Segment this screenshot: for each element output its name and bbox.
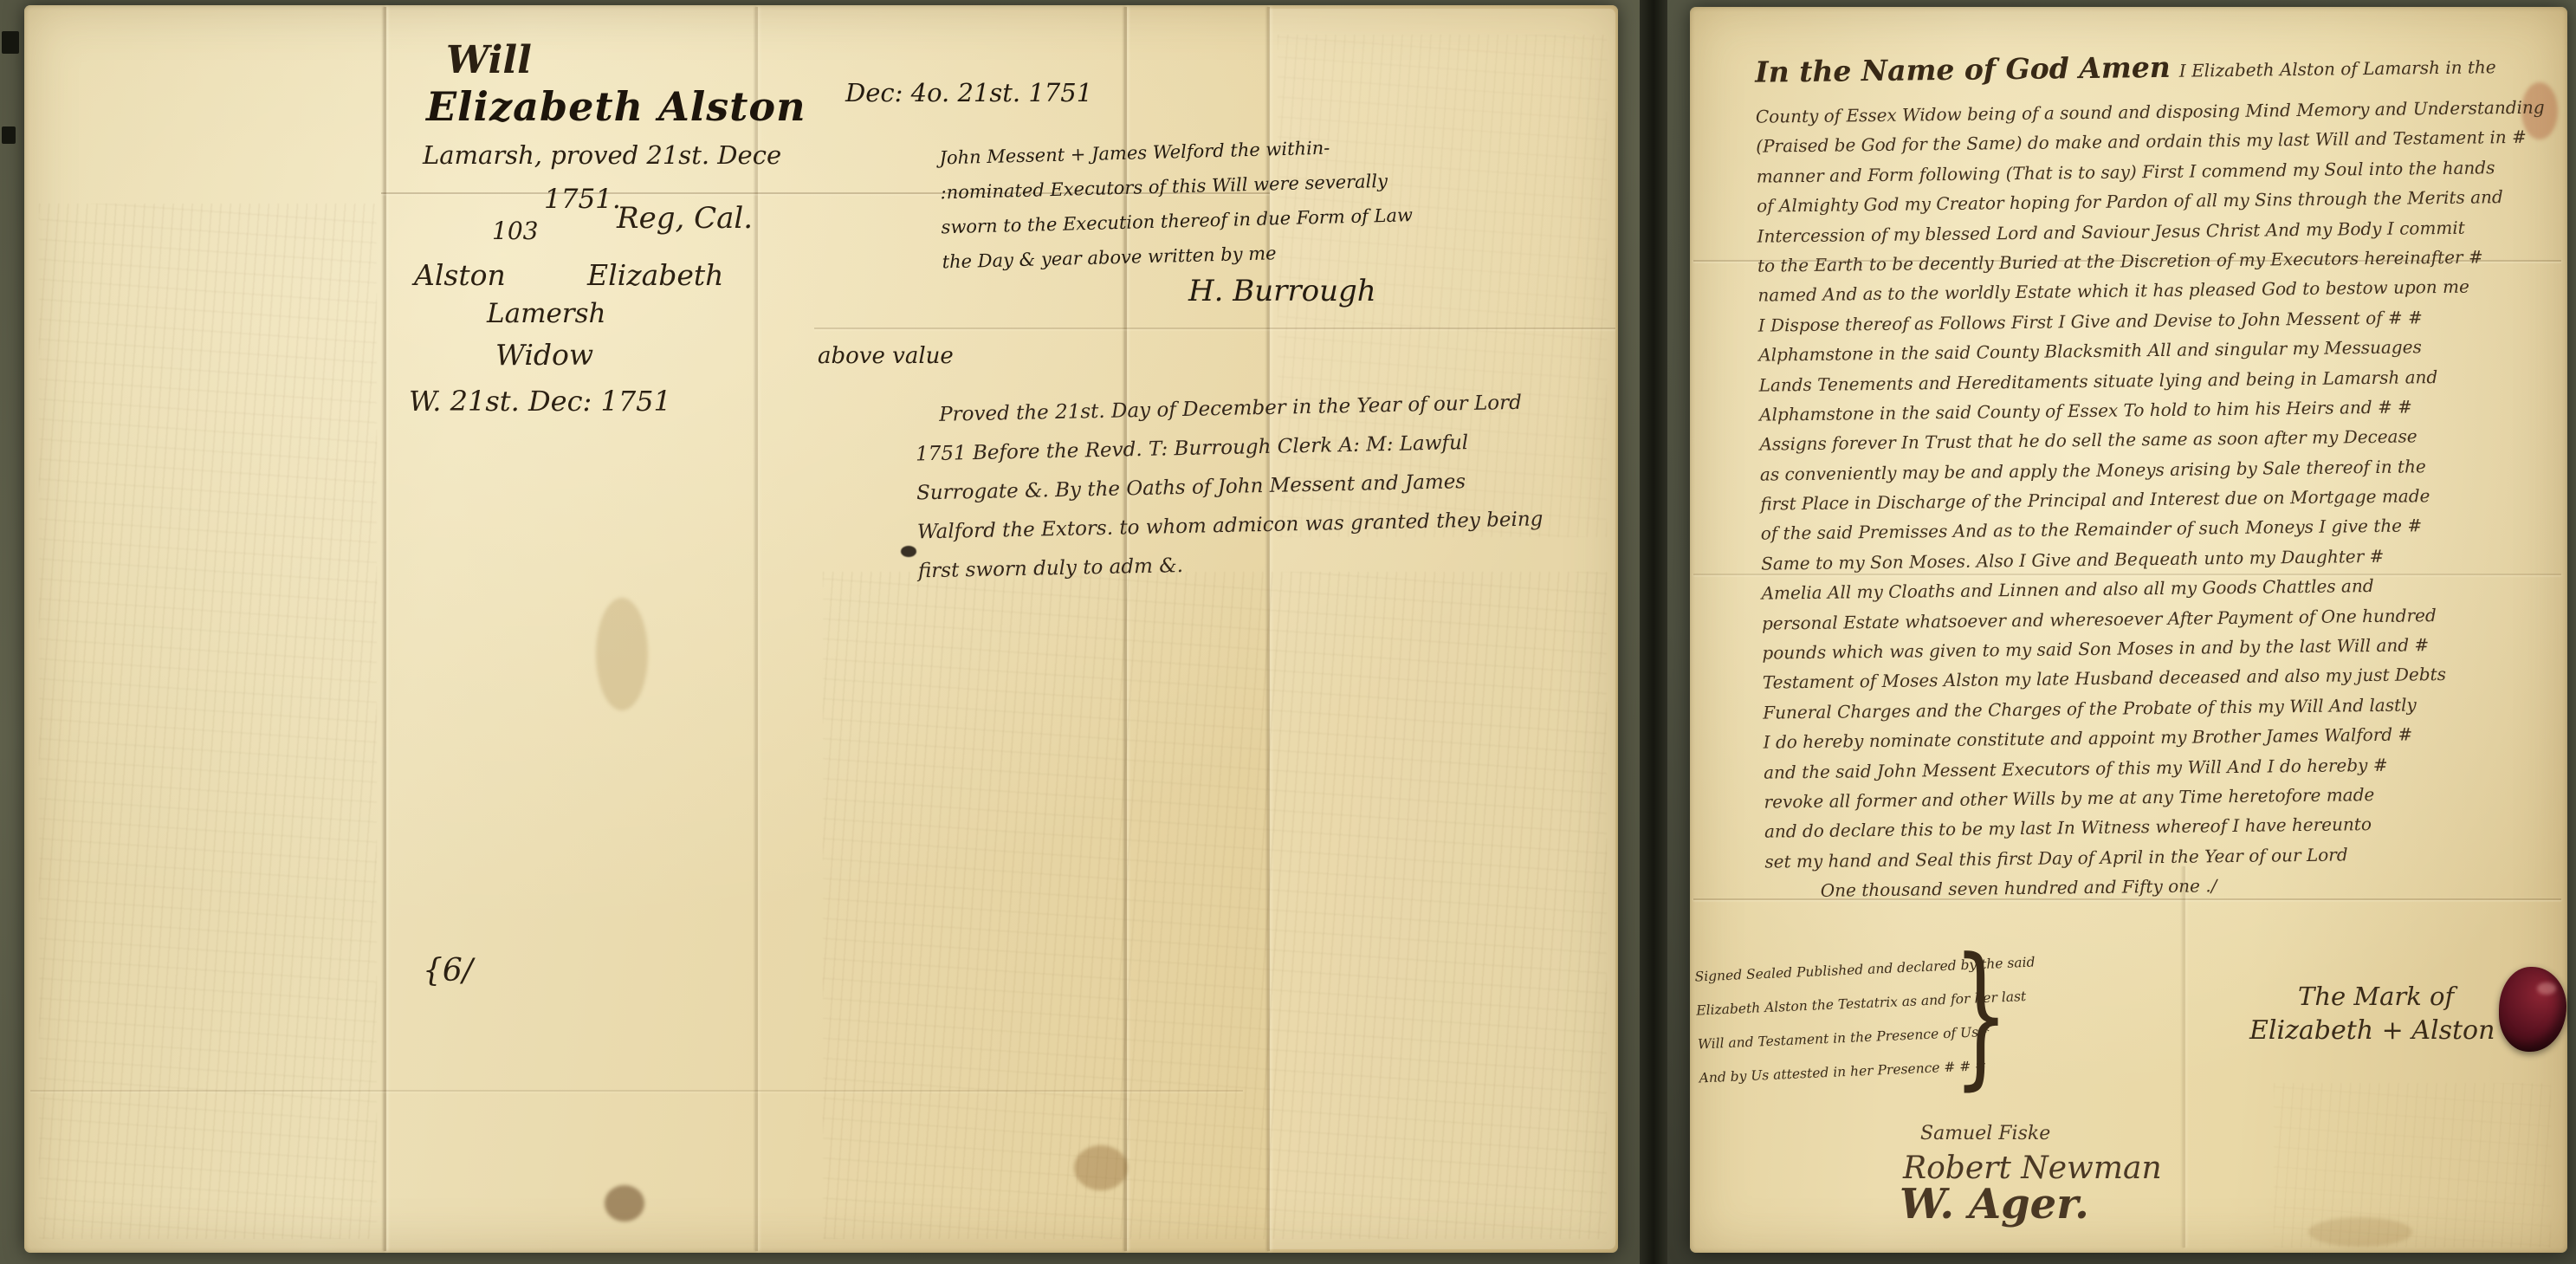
attestation-brace: } [1953,937,2009,1092]
fold-line [2183,866,2185,1248]
stain [596,598,648,710]
testatrix-mark: Elizabeth + Alston [2249,1015,2495,1046]
photo-verso: Will Elizabeth Alston Lamarsh, proved 21… [0,0,1640,1264]
ink-blot [901,546,916,557]
wax-seal-highlight [2537,982,2556,995]
probate-note: Proved the 21st. Day of December in the … [915,384,1534,592]
stain [1074,1145,1128,1190]
register-note: Reg, Cal. [617,201,753,236]
oath-date: Dec: 4o. 21st. 1751 [845,78,1092,107]
endorsement-title: Will [446,38,532,82]
index-name-row: Alston Elizabeth [414,258,743,292]
archive-scan: Will Elizabeth Alston Lamarsh, proved 21… [0,0,2576,1264]
witness-signature-3: W. Ager. [1900,1180,2089,1228]
proved-line: Lamarsh, proved 21st. Dece [423,140,781,170]
folio-number: 103 [492,217,538,245]
photo-recto: In the Name of God AmenI Elizabeth Alsto… [1667,0,2576,1264]
index-forename: Elizabeth [587,258,723,292]
testatrix-name: Elizabeth Alston [426,83,806,130]
index-date: W. 21st. Dec: 1751 [409,385,671,418]
photo-divider [1640,0,1667,1264]
oath-note: John Messent + James Welford the within-… [939,130,1367,280]
will-opening-rest: I Elizabeth Alston of Lamarsh in the [2179,56,2496,81]
index-surname: Alston [414,258,506,292]
proved-year: 1751. [544,184,621,215]
will-body-lines: County of Essex Widow being of a sound a… [1756,92,2566,906]
bleedthrough-texture [2274,1083,2551,1248]
bleedthrough-texture [823,572,1607,1239]
surrogate-signature: H. Burrough [1188,274,1376,308]
bleedthrough-texture [39,204,377,1239]
will-opening-words: In the Name of God Amen [1755,50,2171,89]
stain [605,1185,644,1222]
will-opening-line: In the Name of God AmenI Elizabeth Alsto… [1755,45,2557,100]
index-parish: Lamersh [487,298,606,329]
mount-notch [2,126,16,144]
mount-notch [2,31,19,54]
value-note: above value [818,343,954,369]
index-status: Widow [495,338,593,372]
will-text: In the Name of God AmenI Elizabeth Alsto… [1755,45,2566,906]
mark-caption: The Mark of [2298,982,2454,1011]
folio-mark: {6/ [423,953,473,989]
witness-signature-1: Samuel Fiske [1920,1123,2050,1144]
